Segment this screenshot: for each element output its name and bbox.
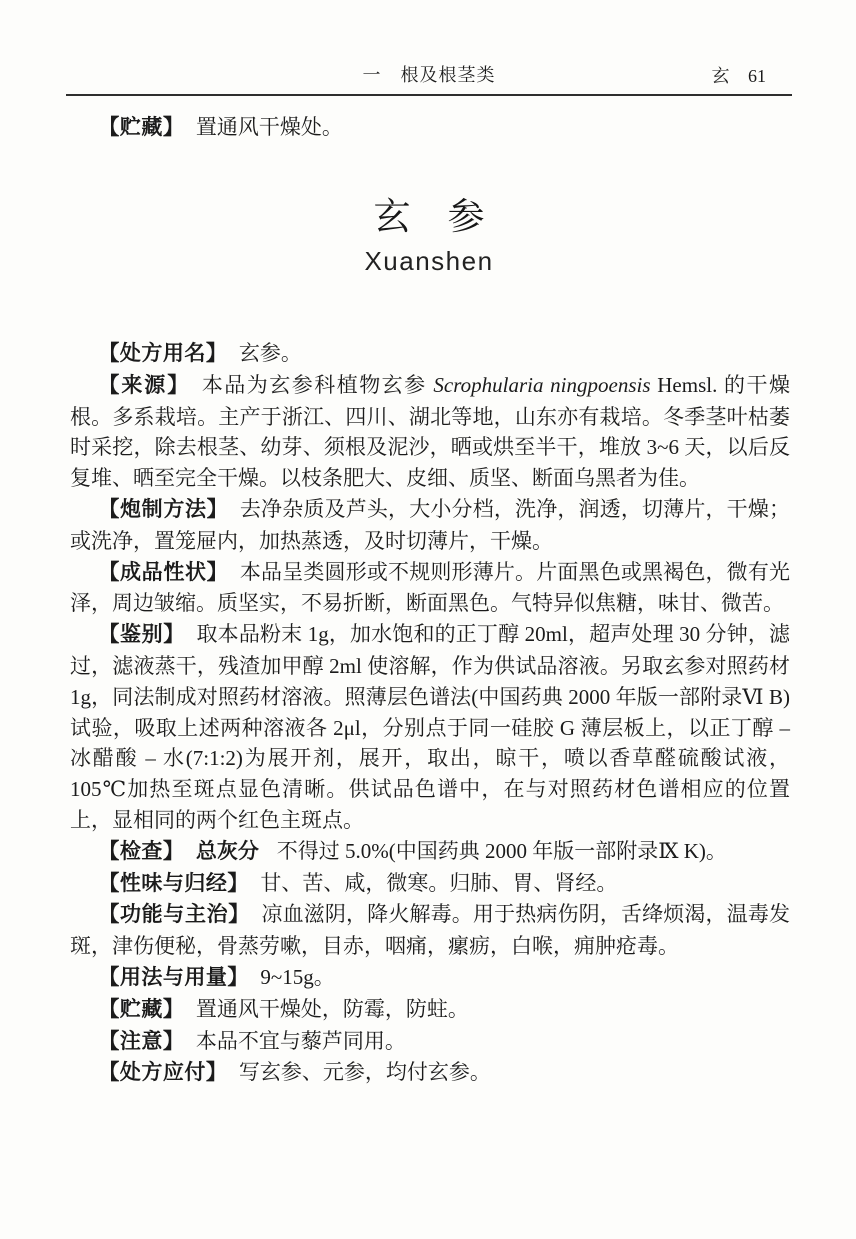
para-processing-method: 【炮制方法】去净杂质及芦头，大小分档，洗净，润透，切薄片，干燥；或洗净，置笼屉内…	[70, 494, 790, 557]
para-examination: 【检查】总灰分不得过 5.0%(中国药典 2000 年版一部附录Ⅸ K)。	[70, 836, 790, 868]
para-caution: 【注意】本品不宜与藜芦同用。	[70, 1026, 790, 1058]
entry-title-block: 玄参 Xuanshen	[66, 199, 792, 275]
para-source: 【来源】本品为玄参科植物玄参 Scrophularia ningpoensis …	[70, 370, 790, 494]
source-latin-name: Scrophularia ningpoensis	[433, 373, 650, 397]
source-label: 【来源】	[98, 374, 190, 397]
page-header: 一 根及根茎类 玄 61	[66, 58, 792, 96]
caution-label: 【注意】	[98, 1030, 184, 1053]
product-characters-label: 【成品性状】	[98, 561, 228, 584]
prescription-names-label: 【处方用名】	[98, 342, 227, 365]
dispensing-text: 写玄参、元参，均付玄参。	[239, 1060, 491, 1084]
prescription-names-text: 玄参。	[239, 341, 302, 365]
storage-label: 【贮藏】	[98, 116, 184, 139]
para-storage: 【贮藏】置通风干燥处，防霉，防蛀。	[70, 994, 790, 1026]
para-product-characters: 【成品性状】本品呈类圆形或不规则形薄片。片面黑色或黑褐色，微有光泽，周边皱缩。质…	[70, 557, 790, 620]
book-page: 一 根及根茎类 玄 61 【贮藏】置通风干燥处。 玄参 Xuanshen 【处方…	[0, 0, 856, 1239]
identification-label: 【鉴别】	[98, 623, 185, 646]
examination-label: 【检查】	[98, 840, 184, 863]
previous-entry: 【贮藏】置通风干燥处。	[70, 112, 790, 144]
source-text-lead: 本品为玄参科植物玄参	[202, 373, 434, 397]
storage-text: 置通风干燥处，防霉，防蛀。	[196, 997, 469, 1021]
para-dosage: 【用法与用量】9~15g。	[70, 962, 790, 994]
dosage-text: 9~15g。	[260, 965, 334, 989]
page-number: 61	[748, 66, 766, 86]
processing-method-label: 【炮制方法】	[98, 498, 228, 521]
dosage-label: 【用法与用量】	[98, 966, 249, 989]
examination-text: 不得过 5.0%(中国药典 2000 年版一部附录Ⅸ K)。	[277, 839, 727, 863]
entry-title: 玄参	[66, 199, 792, 238]
caution-text: 本品不宜与藜芦同用。	[196, 1029, 406, 1053]
folio: 玄 61	[712, 60, 767, 92]
taste-meridian-label: 【性味与归经】	[98, 872, 249, 895]
identification-text: 取本品粉末 1g，加水饱和的正丁醇 20ml，超声处理 30 分钟，滤过，滤液蒸…	[70, 622, 790, 832]
section-title: 一 根及根茎类	[66, 58, 792, 92]
para-dispensing: 【处方应付】写玄参、元参，均付玄参。	[70, 1057, 790, 1089]
storage-label: 【贮藏】	[98, 998, 184, 1021]
para-taste-meridian: 【性味与归经】甘、苦、咸，微寒。归肺、胃、肾经。	[70, 868, 790, 900]
volume-char: 玄	[712, 66, 730, 86]
dispensing-label: 【处方应付】	[98, 1061, 227, 1084]
para-previous-storage: 【贮藏】置通风干燥处。	[70, 112, 790, 144]
functions-indications-label: 【功能与主治】	[98, 903, 250, 926]
entry-body: 【处方用名】玄参。 【来源】本品为玄参科植物玄参 Scrophularia ni…	[70, 338, 790, 1089]
taste-meridian-text: 甘、苦、咸，微寒。归肺、胃、肾经。	[260, 871, 617, 895]
para-identification: 【鉴别】取本品粉末 1g，加水饱和的正丁醇 20ml，超声处理 30 分钟，滤过…	[70, 619, 790, 836]
examination-sublabel: 总灰分	[196, 840, 259, 863]
para-prescription-names: 【处方用名】玄参。	[70, 338, 790, 370]
storage-text: 置通风干燥处。	[196, 115, 343, 139]
entry-pinyin: Xuanshen	[66, 247, 792, 276]
para-functions-indications: 【功能与主治】凉血滋阴，降火解毒。用于热病伤阴，舌绛烦渴，温毒发斑，津伤便秘，骨…	[70, 899, 790, 962]
